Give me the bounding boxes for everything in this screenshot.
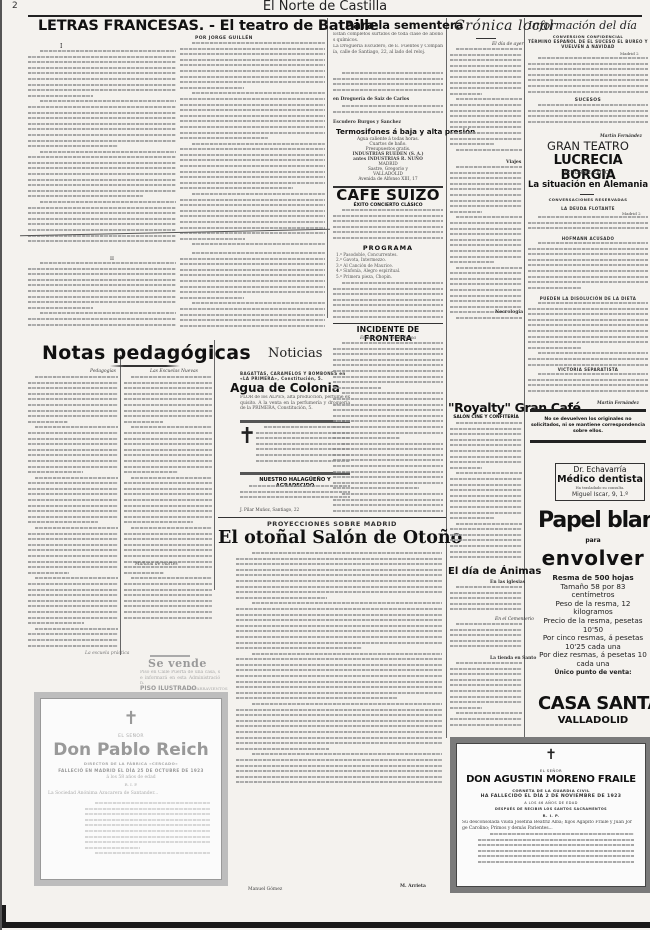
subhead: Las Escuelas Nuevas (150, 369, 198, 374)
info-subhead: SUCESOS (528, 98, 648, 103)
headline-letras-francesas: LETRAS FRANCESAS. - El teatro de Bataill… (38, 18, 328, 34)
animas-body (450, 586, 522, 616)
sementera-signature: Escudero Burgos y Sanchez (333, 120, 401, 125)
headline-alemania: La situación en Alemania (528, 180, 648, 190)
papel-blanco-title: Papel blanco (538, 508, 648, 533)
notas-body-b (124, 376, 212, 626)
notas-body-a (28, 376, 118, 651)
papel-detail: Único punto de venta: (538, 669, 648, 678)
column-divider (327, 18, 328, 318)
column-divider (524, 18, 525, 738)
page-bottom-bar (2, 922, 650, 928)
ad-line: Avenida de Alfonso XIII, 17 (332, 177, 444, 182)
enorme-exito: (ENORME ÉXITO) (528, 170, 648, 176)
originals-notice: No se devuelven los originales no solici… (530, 417, 646, 435)
alemania-body (528, 242, 648, 297)
papel-detail: Peso de la resma, 12 kilogramos (538, 600, 648, 617)
cross-icon: ✝ (40, 708, 222, 729)
sementera-text: Están completos surtidos de toda clase d… (333, 32, 443, 44)
alemania-subhead: CONVERSACIONES RESERVADAS (528, 197, 648, 202)
page-bottom-corner (2, 905, 6, 925)
masthead-rule (28, 15, 642, 17)
signature-right: M. Arrieta (400, 884, 426, 889)
alemania-subhead: HOFMANN ACUSADO (528, 236, 648, 241)
papel-detail: Por cinco resmas, á pesetas 10'25 cada u… (538, 634, 648, 651)
programa-heading: PROGRAMA (333, 244, 443, 252)
valladolid: VALLADOLID (538, 715, 648, 726)
cronica-dateline: El día de ayer (492, 42, 524, 47)
subhead: Pedagogías (90, 369, 116, 374)
obit-name: Don Pablo Reich (40, 740, 222, 760)
obit-line: CORNETA DE LA GUARDIA CIVIL (456, 788, 646, 793)
program-item: 5.º Primera pieza, Chopin. (336, 274, 444, 279)
alemania-body (528, 216, 648, 236)
subhead: Mañana de martes (135, 562, 178, 567)
headline-royalty: "Royalty" Gran Café (448, 400, 581, 415)
animas-dateline: En las iglesias (490, 580, 525, 585)
obit-body (85, 802, 210, 862)
incidente-dateline: En las orillas del Bidasoa (333, 336, 443, 341)
cafe-suizo-body (333, 282, 443, 322)
obit-kicker: EL SEÑOR (456, 768, 646, 773)
sementera-body (333, 72, 443, 96)
royalty-subheading: SALÓN CINE Y CONFITERÍA (448, 415, 524, 420)
ornament-rule (110, 365, 180, 367)
animas-subhead: La tienda en Santo (490, 656, 536, 661)
kicker-proyecciones: PROYECCIONES SOBRE MADRID (218, 520, 446, 528)
royalty-body (450, 422, 522, 562)
obituary-reich: ✝ EL SEÑOR Don Pablo Reich DIRECTOR DE L… (34, 692, 228, 886)
headline-salon-de-otono: El otoñal Salón de Otoño (218, 528, 446, 548)
divider (530, 440, 646, 443)
headline-para-la-sementera: Para la sementera (345, 18, 463, 32)
papel-envolver: envolver (538, 546, 648, 570)
incidente-body (333, 342, 443, 517)
obit-body-fill (478, 833, 634, 871)
dentista-address: Miguel Iscar, 9, 1.º (556, 491, 644, 498)
column-divider (120, 355, 121, 655)
casa-santaren: CASA SANTAREN (538, 693, 648, 714)
byline: POR JORGE GUILLÉN (195, 36, 253, 41)
section-marker: I (60, 43, 62, 50)
obit-line: La Sociedad Anónima Azucarera de Santand… (48, 791, 158, 796)
sementera-bold: en Droguería de Saiz de Carlos (333, 97, 409, 102)
program-list: 1.º Pasodoble, Concurrentes. 2.º Gavota,… (336, 252, 444, 279)
subhead: La escuela práctica (85, 651, 129, 656)
obit-line: FALLECIÓ EN MADRID EL DÍA 25 DE OCTUBRE … (40, 768, 222, 773)
divider (476, 38, 496, 39)
info-body (528, 57, 648, 97)
divider (530, 409, 646, 412)
page-left-edge (0, 0, 2, 930)
dentista-name: Dr. Echavarría (556, 465, 644, 474)
ad3-text: A PARRAVIENTOS (190, 686, 228, 691)
info-dateline: Madrid 2 (620, 51, 639, 56)
article-body-col1b (180, 42, 325, 252)
cronica-subhead: Viajes (506, 160, 521, 165)
obit-rip: R. I. P. (456, 813, 646, 818)
ad3-title: PISO ILUSTRADO (140, 685, 197, 692)
se-vende-title: Se vende (148, 657, 207, 670)
cronica-body (450, 166, 522, 326)
article-body-col1c (28, 262, 176, 332)
obit-line: á los 58 años de edad (40, 775, 222, 780)
alemania-subhead: PUEDEN LA DISOLUCIÓN DE LA DIETA (528, 296, 648, 301)
sementera-text: La Droguería Escudero, de E. Fuentes y C… (333, 44, 443, 68)
article-body-col1a (28, 50, 176, 250)
article-body-col1d (180, 252, 325, 332)
obit-line: A LOS 46 AÑOS DE EDAD (456, 801, 646, 805)
animas-body (450, 623, 522, 653)
info-signature: Martín Fernández (600, 133, 642, 138)
papel-details: Resma de 500 hojas Tamaño 58 por 83 cent… (538, 574, 648, 677)
agua-de-colonia-title: Agua de Colonia (220, 381, 350, 395)
info-body (528, 104, 648, 130)
info-subhead: TÉRMINO ESPAÑOL DE EL SUCESO EL BUREO Y … (528, 39, 648, 49)
cross-icon: ✝ (456, 747, 646, 763)
masthead: El Norte de Castilla (0, 0, 650, 14)
cross-icon: ✝ (238, 426, 256, 448)
papel-detail: Por diez resmas, á pesetas 10 cada una (538, 651, 648, 668)
animas-subhead: En el Cementerio (495, 617, 534, 622)
signature-left: Manuel Gómez (248, 887, 282, 892)
obit-body: Su desconsolada viuda Josefina Beatriz A… (462, 820, 632, 832)
alemania-body (528, 302, 648, 370)
sementera-body (333, 105, 443, 121)
obit-name: DON AGUSTIN MORENO FRAILE (456, 774, 646, 785)
cronica-body (450, 48, 522, 158)
cafe-suizo-subheading: ÉXITO CONCIERTO CLÁSICO (333, 203, 443, 208)
obit-line: HA FALLECIDO EL DÍA 2 DE NOVIEMBRE DE 19… (456, 794, 646, 799)
obituary-moreno: ✝ EL SEÑOR DON AGUSTIN MORENO FRAILE COR… (450, 737, 650, 893)
dentista-note: Ha trasladado su consulta. (556, 486, 644, 490)
headline-notas-pedagogicas: Notas pedagógicas (42, 342, 251, 364)
papel-para: para (538, 537, 648, 544)
cronica-subhead: Necrología (495, 310, 523, 315)
alemania-subhead: VICTORIA SEPARATISTA (528, 367, 648, 372)
column-divider (446, 18, 447, 738)
lucrecia-borgia-title: LUCRECIA BORGIA (528, 153, 648, 183)
obit-line: DESPUÉS DE RECIBIR LOS SANTOS SACRAMENTO… (456, 807, 646, 811)
papel-detail: Precio de la resma, pesetas 10'50 (538, 617, 648, 634)
alemania-body (528, 373, 648, 399)
divider (580, 194, 594, 195)
alemania-signature: Martín Fernández (597, 400, 639, 405)
headline-informacion: Información del día (528, 19, 637, 32)
gran-teatro-title: GRAN TEATRO (528, 139, 648, 153)
termosifones-lines: Agua caliente á todas horas. Cuartos de … (332, 137, 444, 182)
column-divider (214, 340, 215, 590)
headline-noticias: Noticias (268, 346, 322, 361)
divider (218, 517, 446, 518)
headline-dia-de-animas: El día de Ánimas (448, 566, 541, 577)
papel-detail: Tamaño 58 por 83 centímetros (538, 583, 648, 600)
se-vende-text: Piso en Calle Puerta de una casa, se inf… (140, 670, 220, 686)
headline-cafe-suizo: CAFE SUIZO (333, 186, 443, 204)
obit-kicker: EL SEÑOR (40, 734, 222, 739)
animas-body (450, 662, 522, 732)
dentista-title: Médico dentista (556, 474, 644, 485)
cafe-suizo-body (333, 209, 443, 243)
obit-rip: R. I. P. (40, 782, 222, 787)
divider (333, 323, 443, 324)
obit-line: DIRECTOR DE LA FÁBRICA «CERCADO» (40, 761, 222, 766)
dentista-ad: Dr. Echavarría Médico dentista Ha trasla… (555, 463, 645, 501)
salon-body (236, 552, 442, 792)
